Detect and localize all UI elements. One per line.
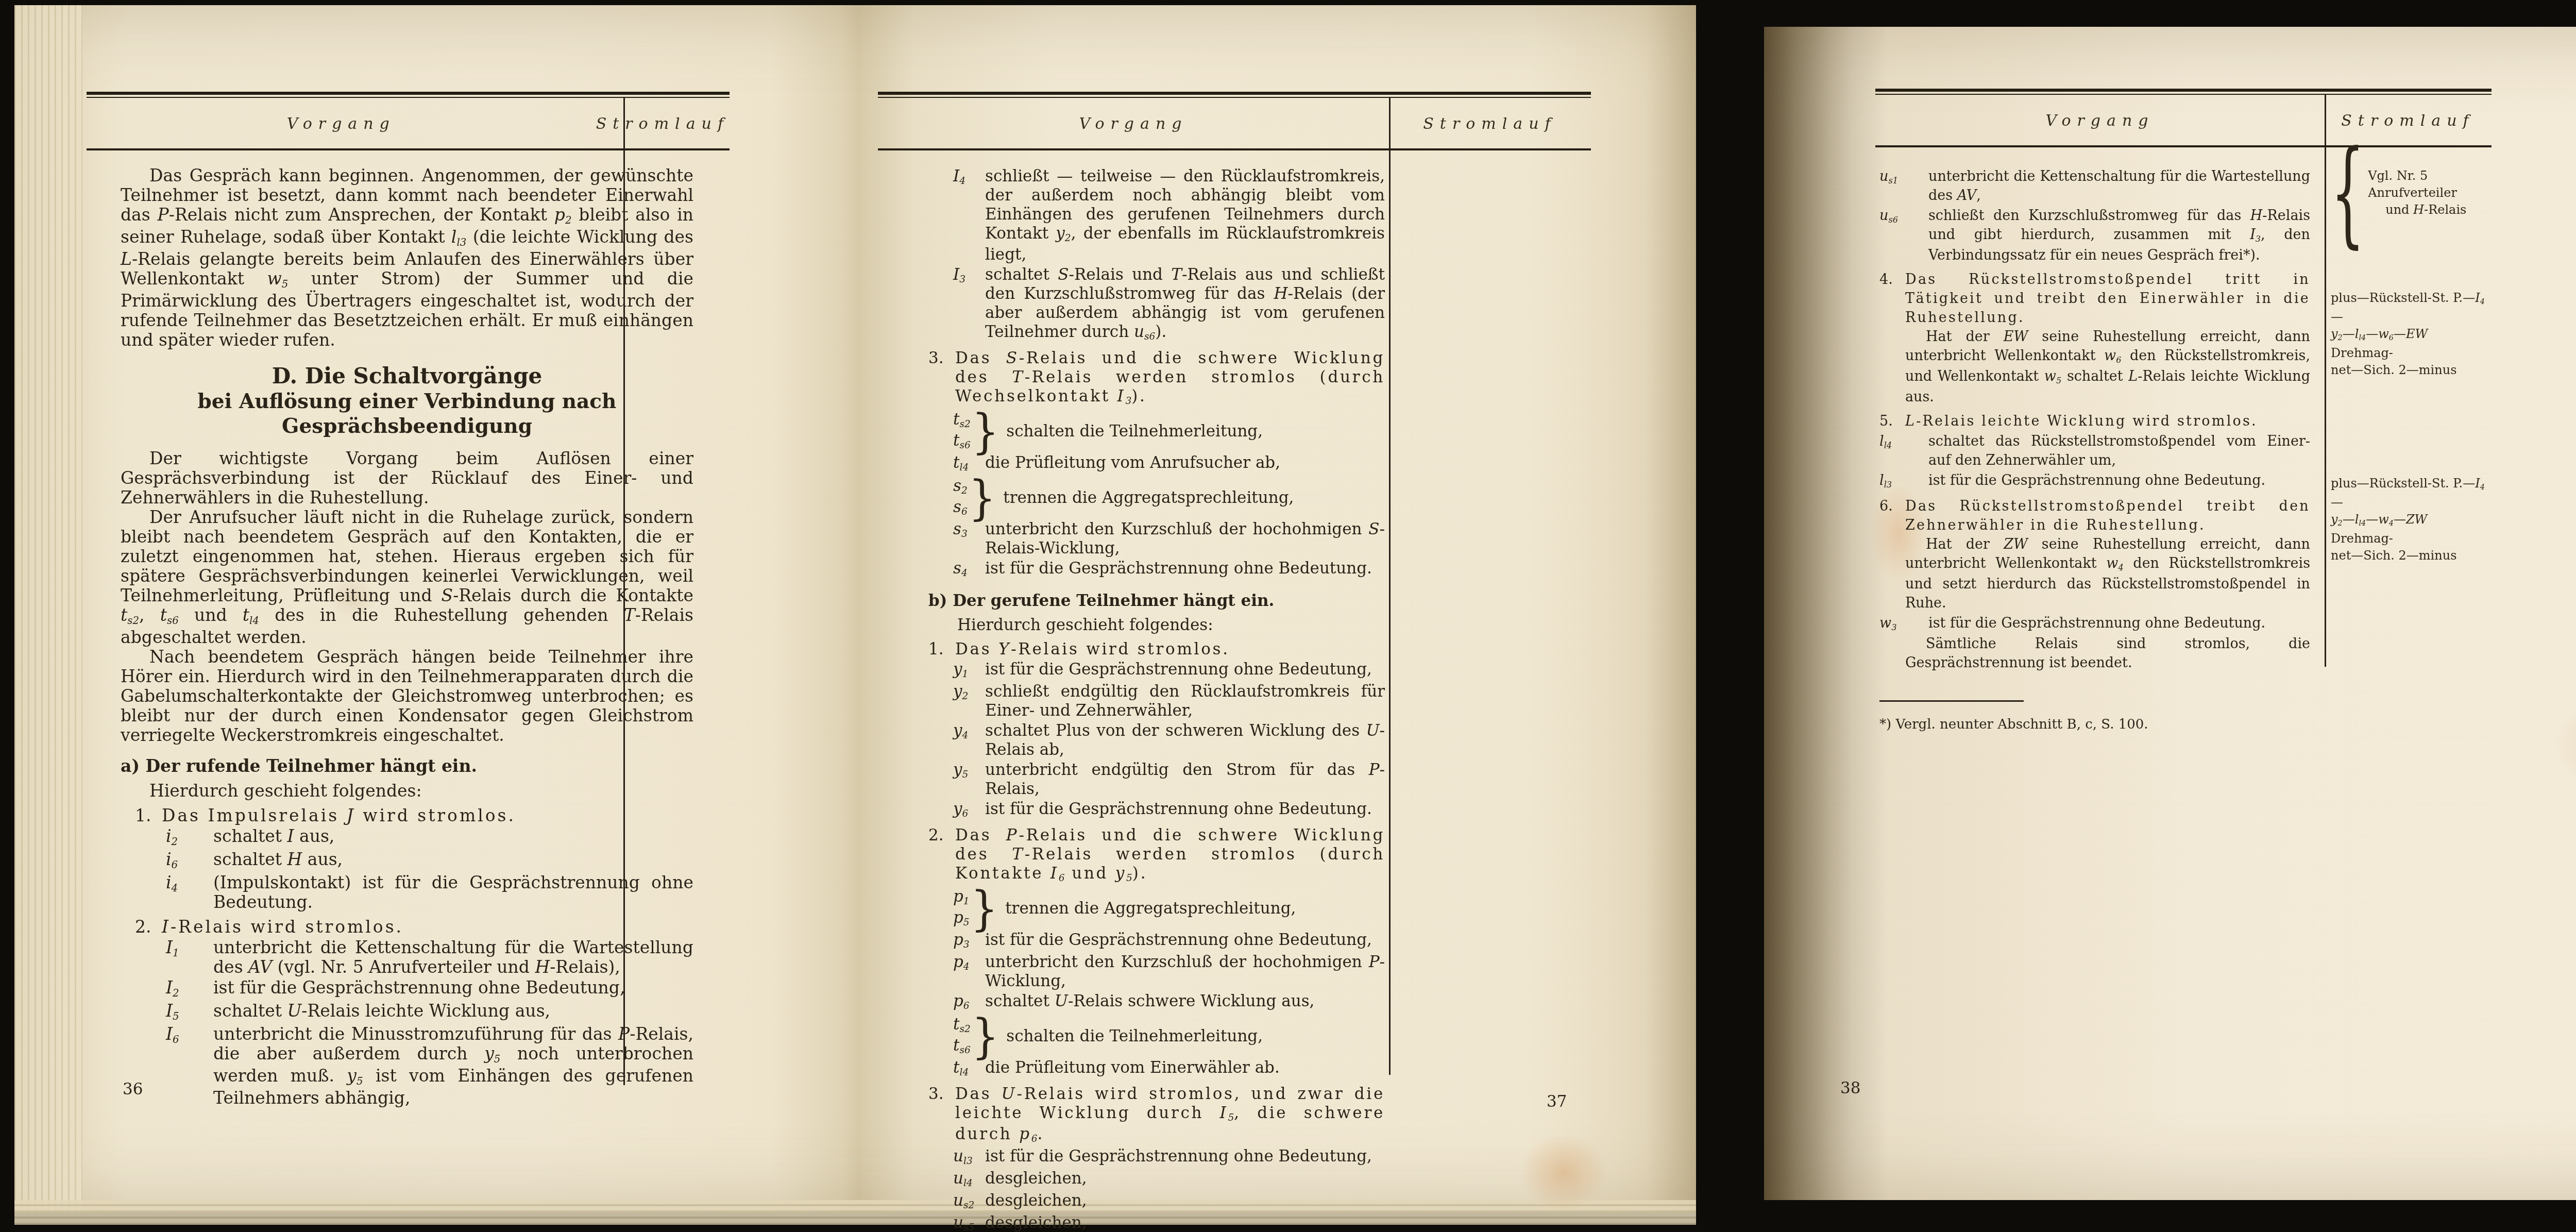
contact-line: i4(Impulskontakt) ist für die Gesprächst…	[121, 873, 693, 912]
contact-line: s3unterbricht den Kurzschluß der hochohm…	[928, 520, 1385, 558]
paragraph: Nach beendetem Gespräch hängen beide Tei…	[121, 647, 693, 745]
margin-note: plus—Rückstell-St. P.—I4—y2—ll4—w6—EW Dr…	[2331, 290, 2485, 379]
contact-line: ll4schaltet das Rückstellstromstoßpendel…	[1879, 432, 2310, 470]
contact-line: p4unterbricht den Kurzschluß der hochohm…	[928, 953, 1385, 991]
numbered-item: 2.Das P-Relais und die schwere Wicklung …	[928, 826, 1385, 885]
numbered-item: 1.Das Y-Relais wird stromlos.	[928, 640, 1385, 659]
paragraph: Hat der EW seine Ruhestellung erreicht, …	[1905, 327, 2310, 407]
paragraph: Das Gespräch kann beginnen. Angenommen, …	[121, 166, 693, 350]
footnote: *) Vergl. neunter Abschnitt B, c, S. 100…	[1879, 700, 2310, 734]
column-header-vorgang: Vorgang	[878, 115, 1389, 133]
section-heading: D. Die Schaltvorgängebei Auflösung einer…	[121, 363, 693, 438]
numbered-item: 2.I-Relais wird stromlos.	[121, 917, 693, 937]
column-header-stromlauf: Stromlauf	[596, 115, 730, 133]
contact-line: I1unterbricht die Kettenschaltung für di…	[121, 938, 693, 977]
contact-group: ts2ts6}schalten die Teilnehmerleitung,	[928, 1015, 1385, 1057]
contact-line: y6ist für die Gesprächstrennung ohne Bed…	[928, 800, 1385, 821]
contact-line: I3schaltet S-Relais und T-Relais aus und…	[928, 265, 1385, 344]
page-38-content: us1unterbricht die Kettenschaltung für d…	[1879, 166, 2310, 734]
page-number: 37	[1547, 1092, 1567, 1111]
page-edges-left	[14, 5, 82, 1212]
page-36: Vorgang Stromlauf Das Gespräch kann begi…	[87, 92, 730, 1122]
paragraph: Der wichtigste Vorgang beim Auflösen ein…	[121, 449, 693, 508]
contact-line: ll3ist für die Gesprächstrennung ohne Be…	[1879, 471, 2310, 492]
paragraph: Hierdurch geschieht folgendes:	[928, 616, 1385, 635]
subsection-heading: b) Der gerufene Teilnehmer hängt ein.	[928, 592, 1385, 611]
column-divider	[1389, 98, 1391, 1075]
contact-line: I5schaltet U-Relais leichte Wicklung aus…	[121, 1001, 693, 1023]
contact-line: y2schließt endgültig den Rücklaufstromkr…	[928, 682, 1385, 720]
paragraph: Sämtliche Relais sind stromlos, die Gesp…	[1905, 634, 2310, 672]
numbered-item: 6.Das Rückstellstromstoßpendel treibt de…	[1879, 497, 2310, 535]
contact-line: y5unterbricht endgültig den Strom für da…	[928, 761, 1385, 799]
contact-group: ts2ts6}schalten die Teilnehmerleitung,	[928, 410, 1385, 452]
paragraph: Hat der ZW seine Ruhestellung erreicht, …	[1905, 535, 2310, 613]
contact-line: I6unterbricht die Minusstromzuführung fü…	[121, 1024, 693, 1108]
contact-line: y4schaltet Plus von der schweren Wicklun…	[928, 721, 1385, 760]
contact-line: I4schließt — teilweise — den Rücklaufstr…	[928, 167, 1385, 264]
contact-group: s2s6}trennen die Aggregatsprechleitung,	[928, 477, 1385, 519]
brace-glyph: {	[2331, 135, 2365, 250]
contact-line: us1unterbricht die Kettenschaltung für d…	[1879, 167, 2310, 205]
page-37-content: I4schließt — teilweise — den Rücklaufstr…	[928, 166, 1385, 1232]
page-38: Vorgang Stromlauf us1unterbricht die Ket…	[1875, 89, 2492, 758]
page-number: 36	[123, 1080, 143, 1099]
gutter-shadow	[1764, 27, 1888, 1200]
table-header-row: Vorgang Stromlauf	[878, 92, 1591, 150]
numbered-item: 5.L-Relais leichte Wicklung wird stromlo…	[1879, 412, 2310, 431]
contact-line: ul4desgleichen,	[928, 1169, 1385, 1190]
contact-line: us6schließt den Kurzschlußstromweg für d…	[1879, 206, 2310, 265]
contact-line: ul3ist für die Gesprächstrennung ohne Be…	[928, 1147, 1385, 1168]
numbered-item: 1.Das Impulsrelais J wird stromlos.	[121, 806, 693, 825]
numbered-item: 4.Das Rückstellstromstoßpendel tritt in …	[1879, 270, 2310, 327]
contact-group: p1p5}trennen die Aggregatsprechleitung,	[928, 887, 1385, 930]
margin-note: {Vgl. Nr. 5 Anrufverteilerund H-Relais	[2331, 166, 2485, 220]
contact-line: us2desgleichen,	[928, 1191, 1385, 1212]
contact-line: i2schaltet I aus,	[121, 826, 693, 849]
column-header-vorgang: Vorgang	[1875, 112, 2325, 130]
contact-line: us5desgleichen,	[928, 1213, 1385, 1232]
page-36-content: Das Gespräch kann beginnen. Angenommen, …	[121, 166, 693, 1108]
paragraph: Der Anrufsucher läuft nicht in die Ruhel…	[121, 508, 693, 647]
contact-line: I2ist für die Gesprächstrennung ohne Bed…	[121, 978, 693, 1000]
margin-note: plus—Rückstell-St. P.—I4—y2—ll4—w4—ZW Dr…	[2331, 475, 2485, 564]
table-header-row: Vorgang Stromlauf	[87, 92, 730, 150]
column-divider	[2325, 95, 2326, 667]
numbered-item: 3.Das S-Relais und die schwere Wicklung …	[928, 349, 1385, 408]
subsection-heading: a) Der rufende Teilnehmer hängt ein.	[121, 756, 693, 776]
column-header-stromlauf: Stromlauf	[1389, 115, 1591, 133]
column-header-vorgang: Vorgang	[87, 115, 596, 133]
contact-line: w3ist für die Gesprächstrennung ohne Bed…	[1879, 614, 2310, 634]
contact-line: y1ist für die Gesprächstrennung ohne Bed…	[928, 660, 1385, 681]
page-37: Vorgang Stromlauf I4schließt — teilweise…	[878, 92, 1591, 1122]
numbered-item: 3.Das U-Relais wird stromlos, und zwar d…	[928, 1085, 1385, 1146]
page-number: 38	[1840, 1079, 1860, 1098]
paragraph: Hierdurch geschieht folgendes:	[121, 781, 693, 801]
table-header-row: Vorgang Stromlauf	[1875, 89, 2492, 147]
contact-line: s4ist für die Gesprächstrennung ohne Bed…	[928, 559, 1385, 580]
page-edges-bottom	[14, 1200, 1696, 1225]
contact-line: i6schaltet H aus,	[121, 850, 693, 872]
